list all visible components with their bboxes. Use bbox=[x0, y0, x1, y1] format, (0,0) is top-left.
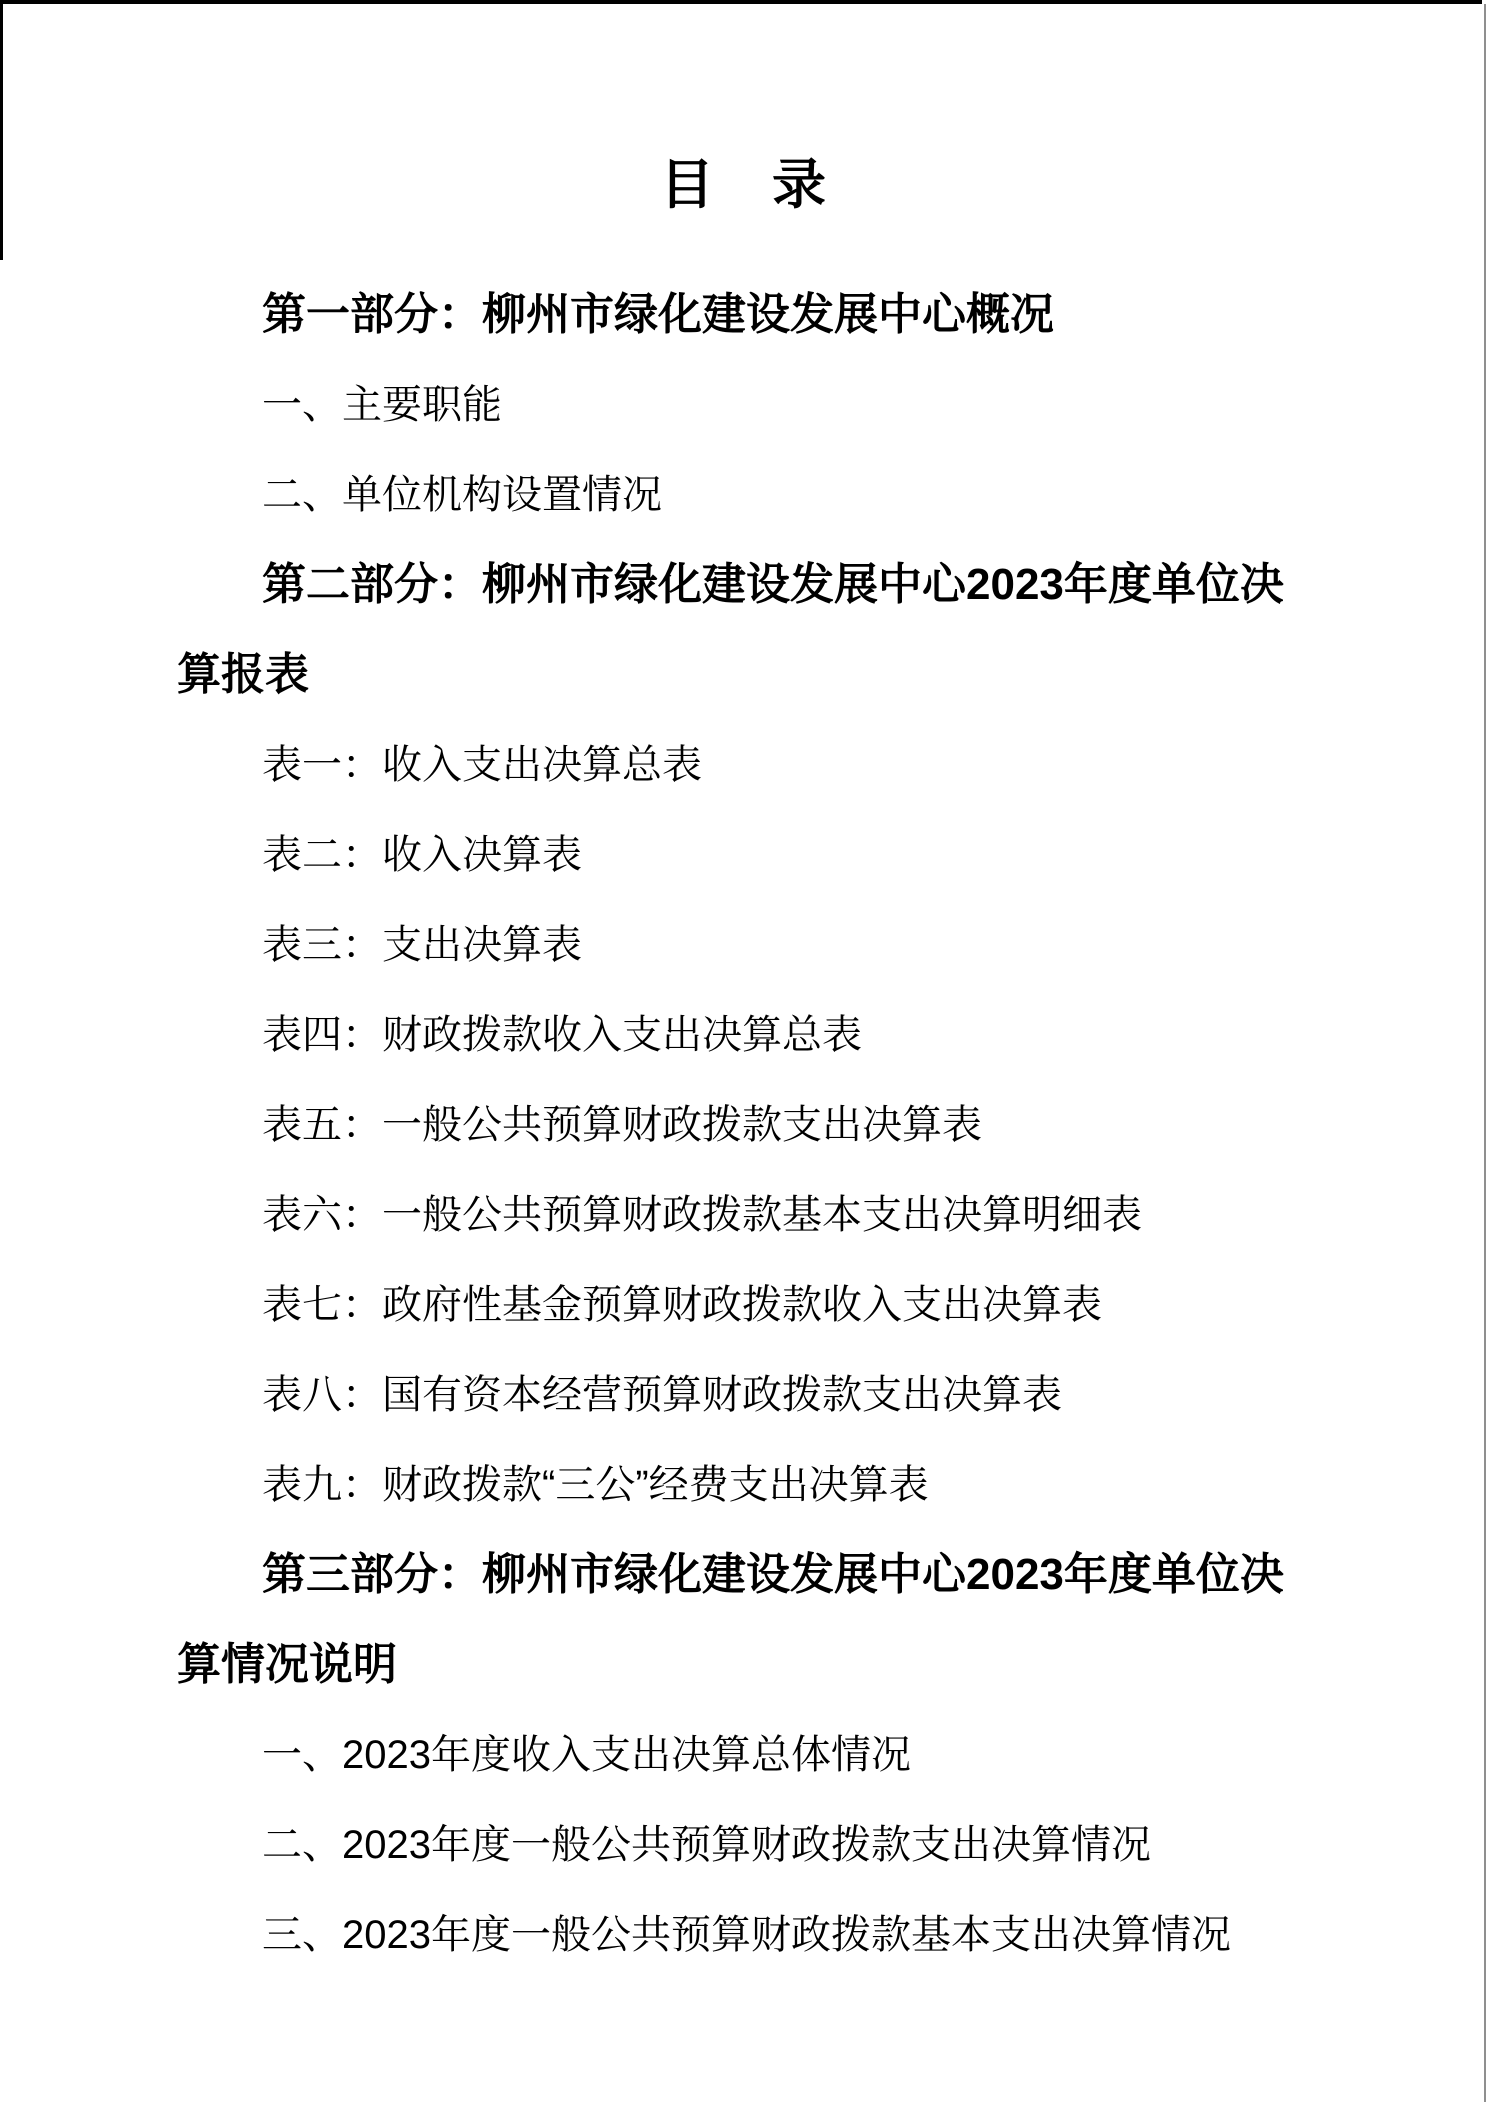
toc-item-table9: 表九：财政拨款“三公”经费支出决算表 bbox=[177, 1440, 1337, 1530]
toc-item-table8: 表八：国有资本经营预算财政拨款支出决算表 bbox=[177, 1350, 1337, 1440]
toc-item-main-duties: 一、主要职能 bbox=[177, 360, 1337, 450]
toc-item-table2: 表二：收入决算表 bbox=[177, 810, 1337, 900]
document-page: 目 录 第一部分：柳州市绿化建设发展中心概况 一、主要职能 二、单位机构设置情况… bbox=[0, 0, 1488, 2104]
toc-item-table1: 表一：收入支出决算总表 bbox=[177, 720, 1337, 810]
toc-item-table3: 表三：支出决算表 bbox=[177, 900, 1337, 990]
toc-item-table6: 表六：一般公共预算财政拨款基本支出决算明细表 bbox=[177, 1170, 1337, 1260]
toc-item-table5: 表五：一般公共预算财政拨款支出决算表 bbox=[177, 1080, 1337, 1170]
toc-part3-heading-line2: 算情况说明 bbox=[177, 1620, 1337, 1710]
toc-item-table4: 表四：财政拨款收入支出决算总表 bbox=[177, 990, 1337, 1080]
toc-part2-heading-line1: 第二部分：柳州市绿化建设发展中心2023年度单位决 bbox=[177, 540, 1337, 630]
toc-item-note3: 三、2023年度一般公共预算财政拨款基本支出决算情况 bbox=[177, 1890, 1337, 1980]
page-title: 目 录 bbox=[0, 140, 1488, 230]
toc-item-note2: 二、2023年度一般公共预算财政拨款支出决算情况 bbox=[177, 1800, 1337, 1890]
toc-item-table7: 表七：政府性基金预算财政拨款收入支出决算表 bbox=[177, 1260, 1337, 1350]
toc-part3-heading-line1: 第三部分：柳州市绿化建设发展中心2023年度单位决 bbox=[177, 1530, 1337, 1620]
toc-item-org-structure: 二、单位机构设置情况 bbox=[177, 450, 1337, 540]
scan-edge-top bbox=[0, 0, 1482, 4]
toc-part2-heading-line2: 算报表 bbox=[177, 630, 1337, 720]
scan-edge-right bbox=[1484, 4, 1486, 2102]
toc-item-note1: 一、2023年度收入支出决算总体情况 bbox=[177, 1710, 1337, 1800]
toc-part1-heading: 第一部分：柳州市绿化建设发展中心概况 bbox=[177, 270, 1337, 360]
table-of-contents: 第一部分：柳州市绿化建设发展中心概况 一、主要职能 二、单位机构设置情况 第二部… bbox=[177, 270, 1337, 1980]
